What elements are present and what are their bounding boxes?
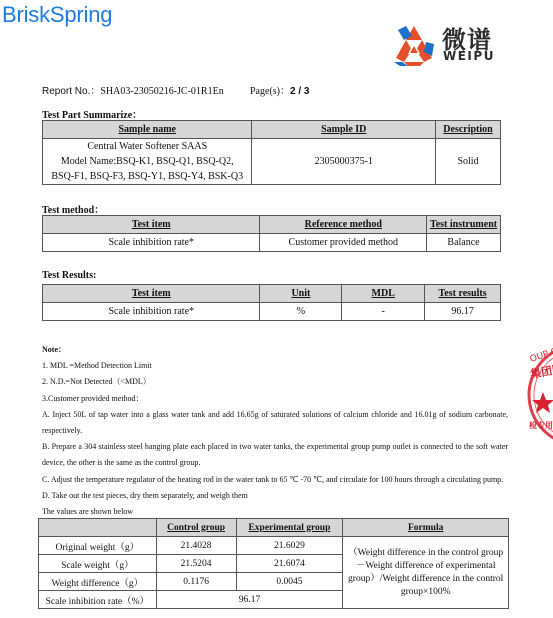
column-header: Control group — [156, 519, 236, 537]
column-header: Description — [436, 121, 501, 139]
logo-english-text: WEIPU — [443, 49, 495, 63]
table-header-row: Control group Experimental group Formula — [39, 519, 509, 537]
sample-id-cell: 2305000375-1 — [252, 139, 436, 185]
column-header: Sample ID — [252, 121, 436, 139]
note-line: 3.Customer provided method： — [42, 391, 508, 407]
control-value: 21.5204 — [156, 555, 236, 573]
results-title: Test Results: — [42, 270, 96, 281]
sample-name-line: BSQ-F1, BSQ-F3, BSQ-Y1, BSQ-Y4, BSK-Q3 — [43, 169, 251, 184]
report-number-line: Report No.：SHA03-23050216-JC-01R1En Page… — [42, 82, 224, 97]
sample-name-line: Model Name:BSQ-K1, BSQ-Q1, BSQ-Q2, — [43, 154, 251, 169]
rate-value: 96.17 — [156, 591, 343, 609]
test-part-summary-table: Sample name Sample ID Description Centra… — [42, 120, 501, 185]
stamp-seal-icon: OUP CO. 集团股 检专用章 — [527, 340, 553, 450]
column-header — [39, 519, 157, 537]
report-no-label: Report No.： — [42, 86, 100, 97]
note-line: D. Take out the test pieces, dry them se… — [42, 488, 508, 504]
note-line: 2. N.D.=Not Detected（<MDL） — [42, 374, 508, 390]
table-header-row: Test item Reference method Test instrume… — [43, 216, 501, 234]
table-cell: % — [260, 303, 342, 321]
note-line: B. Prepare a 304 stainless steel hanging… — [42, 439, 508, 471]
row-label: Weight difference（g） — [39, 573, 157, 591]
note-line: A. Inject 50L of tap water into a glass … — [42, 407, 508, 439]
method-title: Test method： — [42, 201, 104, 216]
summary-title: Test Part Summarize： — [42, 106, 142, 121]
test-results-table: Test item Unit MDL Test results Scale in… — [42, 284, 501, 321]
row-label: Scale weight（g） — [39, 555, 157, 573]
table-header-row: Sample name Sample ID Description — [43, 121, 501, 139]
table-cell: - — [342, 303, 425, 321]
table-row: Original weight（g） 21.4028 21.6029 （Weig… — [39, 537, 509, 555]
table-row: Central Water Softener SAAS Model Name:B… — [43, 139, 501, 185]
table-cell: Scale inhibition rate* — [43, 234, 260, 252]
note-line: 1. MDL =Method Detection Limit — [42, 358, 508, 374]
column-header: Reference method — [260, 216, 427, 234]
column-header: MDL — [342, 285, 425, 303]
column-header: Test item — [43, 285, 260, 303]
weipu-logo-icon — [390, 22, 438, 66]
column-header: Formula — [343, 519, 509, 537]
pages-value: 2 / 3 — [290, 86, 309, 97]
sample-name-line: Central Water Softener SAAS — [43, 139, 251, 154]
table-row: Scale inhibition rate* % - 96.17 — [43, 303, 501, 321]
sample-name-cell: Central Water Softener SAAS Model Name:B… — [43, 139, 252, 185]
notes-section: Note： 1. MDL =Method Detection Limit 2. … — [42, 342, 508, 520]
note-line: C. Adjust the temperature regulator of t… — [42, 472, 508, 488]
notes-title: Note： — [42, 342, 508, 358]
official-stamp: OUP CO. 集团股 检专用章 — [527, 340, 553, 450]
weipu-logo: 微谱 WEIPU — [390, 22, 510, 66]
experimental-value: 0.0045 — [236, 573, 343, 591]
page-indicator: Page(s)：2 / 3 — [250, 82, 309, 97]
column-header: Test instrument — [427, 216, 501, 234]
control-value: 0.1176 — [156, 573, 236, 591]
column-header: Unit — [260, 285, 342, 303]
row-label: Original weight（g） — [39, 537, 157, 555]
experimental-value: 21.6074 — [236, 555, 343, 573]
table-cell: Customer provided method — [260, 234, 427, 252]
measured-values-table: Control group Experimental group Formula… — [38, 518, 509, 609]
table-cell: Scale inhibition rate* — [43, 303, 260, 321]
row-label: Scale inhibition rate（%） — [39, 591, 157, 609]
experimental-value: 21.6029 — [236, 537, 343, 555]
description-cell: Solid — [436, 139, 501, 185]
table-cell: 96.17 — [425, 303, 501, 321]
column-header: Test item — [43, 216, 260, 234]
table-cell: Balance — [427, 234, 501, 252]
test-method-table: Test item Reference method Test instrume… — [42, 215, 501, 252]
stamp-text-bottom: 检专用章 — [529, 420, 553, 430]
formula-cell: （Weight difference in the control group－… — [343, 537, 509, 609]
column-header: Test results — [425, 285, 501, 303]
table-row: Scale inhibition rate* Customer provided… — [43, 234, 501, 252]
column-header: Sample name — [43, 121, 252, 139]
table-header-row: Test item Unit MDL Test results — [43, 285, 501, 303]
report-no-value: SHA03-23050216-JC-01R1En — [100, 86, 223, 97]
control-value: 21.4028 — [156, 537, 236, 555]
brand-name: BriskSpring — [2, 2, 112, 28]
pages-label: Page(s)： — [250, 86, 290, 97]
column-header: Experimental group — [236, 519, 343, 537]
